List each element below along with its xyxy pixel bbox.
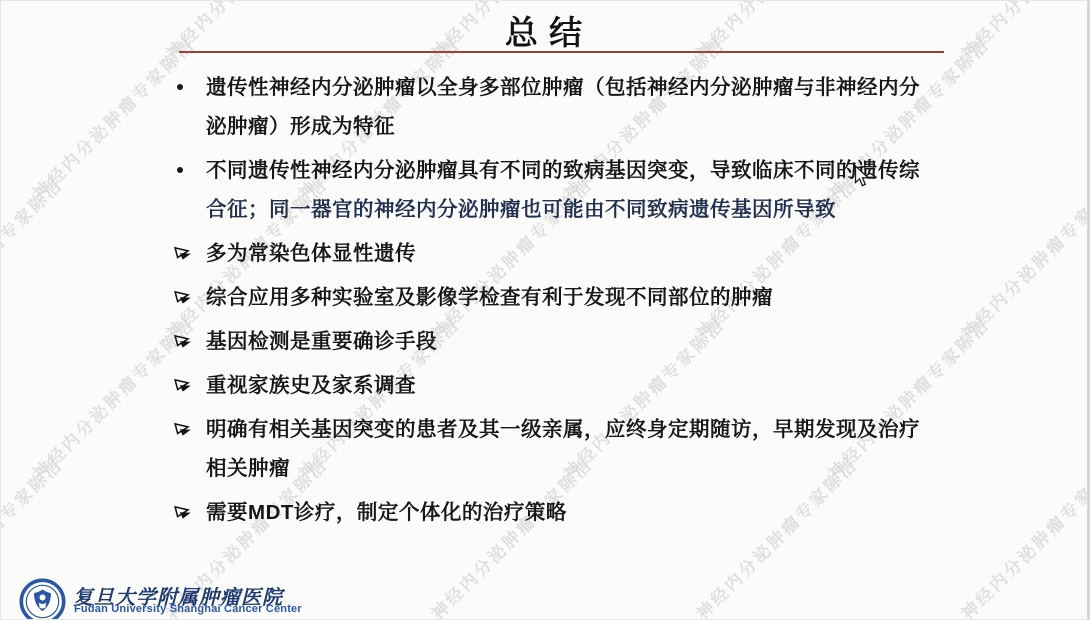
summary-item-lines: 重视家族史及家系调查 bbox=[206, 366, 956, 405]
arrow-bullet-icon bbox=[174, 410, 206, 488]
summary-item-lines: 多为常染色体显性遗传 bbox=[206, 234, 956, 273]
summary-item: 重视家族史及家系调查 bbox=[174, 366, 956, 405]
slide-title: 总 结 bbox=[1, 7, 1087, 54]
summary-line: 不同遗传性神经内分泌肿瘤具有不同的致病基因突变，导致临床不同的遗传综 bbox=[206, 151, 956, 190]
summary-line: 遗传性神经内分泌肿瘤以全身多部位肿瘤（包括神经内分泌肿瘤与非神经内分 bbox=[206, 68, 956, 107]
summary-item: 遗传性神经内分泌肿瘤以全身多部位肿瘤（包括神经内分泌肿瘤与非神经内分泌肿瘤）形成… bbox=[174, 68, 956, 146]
summary-line: 相关肿瘤 bbox=[206, 449, 956, 488]
title-underline bbox=[179, 51, 944, 53]
summary-line: 多为常染色体显性遗传 bbox=[206, 234, 956, 273]
summary-line: 需要MDT诊疗，制定个体化的治疗策略 bbox=[206, 493, 956, 532]
summary-line: 重视家族史及家系调查 bbox=[206, 366, 956, 405]
hospital-logo-icon bbox=[19, 578, 66, 620]
summary-line: 综合应用多种实验室及影像学检查有利于发现不同部位的肿瘤 bbox=[206, 278, 956, 317]
summary-item-lines: 遗传性神经内分泌肿瘤以全身多部位肿瘤（包括神经内分泌肿瘤与非神经内分泌肿瘤）形成… bbox=[206, 68, 956, 146]
watermark-text: 神经内分泌肿瘤专家陈洁 bbox=[954, 171, 1090, 344]
summary-list: 遗传性神经内分泌肿瘤以全身多部位肿瘤（包括神经内分泌肿瘤与非神经内分泌肿瘤）形成… bbox=[174, 68, 956, 537]
summary-line: 合征；同一器官的神经内分泌肿瘤也可能由不同致病遗传基因所导致 bbox=[206, 190, 956, 229]
summary-item: 多为常染色体显性遗传 bbox=[174, 234, 956, 273]
arrow-bullet-icon bbox=[174, 234, 206, 273]
mouse-cursor-icon bbox=[854, 165, 871, 188]
watermark-text: 神经内分泌肿瘤专家陈洁 bbox=[954, 451, 1090, 620]
arrow-bullet-icon bbox=[174, 278, 206, 317]
summary-line: 基因检测是重要确诊手段 bbox=[206, 322, 956, 361]
arrow-bullet-icon bbox=[174, 366, 206, 405]
summary-item-lines: 综合应用多种实验室及影像学检查有利于发现不同部位的肿瘤 bbox=[206, 278, 956, 317]
summary-item: 基因检测是重要确诊手段 bbox=[174, 322, 956, 361]
summary-line: 明确有相关基因突变的患者及其一级亲属，应终身定期随访，早期发现及治疗 bbox=[206, 410, 956, 449]
summary-item-lines: 明确有相关基因突变的患者及其一级亲属，应终身定期随访，早期发现及治疗相关肿瘤 bbox=[206, 410, 956, 488]
summary-line: 泌肿瘤）形成为特征 bbox=[206, 107, 956, 146]
summary-item: 综合应用多种实验室及影像学检查有利于发现不同部位的肿瘤 bbox=[174, 278, 956, 317]
arrow-bullet-icon bbox=[174, 322, 206, 361]
summary-item-lines: 不同遗传性神经内分泌肿瘤具有不同的致病基因突变，导致临床不同的遗传综合征；同一器… bbox=[206, 151, 956, 229]
summary-item: 明确有相关基因突变的患者及其一级亲属，应终身定期随访，早期发现及治疗相关肿瘤 bbox=[174, 410, 956, 488]
presentation-slide: 神经内分泌肿瘤专家陈洁神经内分泌肿瘤专家陈洁神经内分泌肿瘤专家陈洁神经内分泌肿瘤… bbox=[0, 0, 1090, 620]
arrow-bullet-icon bbox=[174, 493, 206, 532]
dot-bullet-icon bbox=[174, 68, 206, 146]
summary-item-lines: 基因检测是重要确诊手段 bbox=[206, 322, 956, 361]
watermark-text: 神经内分泌肿瘤专家陈洁 bbox=[0, 171, 68, 344]
dot-bullet-icon bbox=[174, 151, 206, 229]
summary-item-lines: 需要MDT诊疗，制定个体化的治疗策略 bbox=[206, 493, 956, 532]
watermark-text: 神经内分泌肿瘤专家陈洁 bbox=[1086, 31, 1090, 204]
summary-item: 需要MDT诊疗，制定个体化的治疗策略 bbox=[174, 493, 956, 532]
hospital-name-en: Fudan University Shanghai Cancer Center bbox=[74, 603, 302, 615]
watermark-text: 神经内分泌肿瘤专家陈洁 bbox=[1086, 311, 1090, 484]
summary-item: 不同遗传性神经内分泌肿瘤具有不同的致病基因突变，导致临床不同的遗传综合征；同一器… bbox=[174, 151, 956, 229]
